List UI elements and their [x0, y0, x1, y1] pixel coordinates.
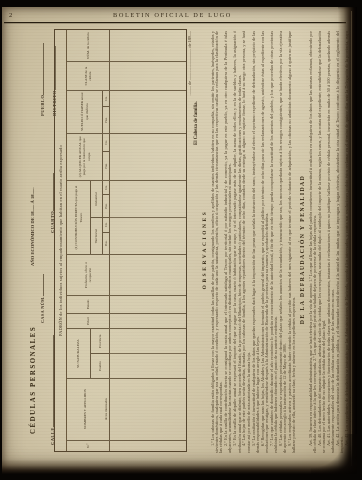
column-subcell: Pueblo — [91, 354, 109, 378]
column-subcell: TerritorialPtas.Cts. — [91, 218, 109, 254]
money-unit-label: Ptas. — [103, 106, 109, 132]
column-header: (2) ALQUILER ANUAL que paga por la habit… — [67, 134, 110, 180]
padron-table: PADRÓN de los individuos sujetos al empa… — [54, 29, 187, 452]
paragraph: 2.ª En la casilla de contribución direct… — [224, 31, 232, 453]
paragraph: Art. 43. Los expedientes de defraudación… — [345, 31, 353, 453]
column-header: SU NATURALEZAPuebloProvincia — [67, 329, 110, 377]
empty-cell — [110, 134, 186, 180]
paragraph: 7.ª Los que cambien de domicilio durante… — [270, 31, 278, 453]
column-header: SUELDO Ó HABER anual que disfrutaPtas.Ct… — [67, 91, 110, 133]
paragraph: 1.ª Los cabezas de familia están obligad… — [211, 31, 223, 453]
table-column: NOMBRES Y APELLIDOSde los interesados — [67, 378, 186, 440]
table-column: Profesión, oficio ú ocupación — [67, 254, 186, 295]
column-body — [110, 441, 186, 451]
column-body — [110, 62, 186, 89]
penalidad-text: Art. 39. Incurren en responsabilidad adm… — [309, 31, 356, 453]
column-body — [110, 314, 186, 329]
paragraph: Art. 40. Los defraudadores del impuesto … — [318, 31, 326, 453]
money-unit-label: Ptas. — [103, 232, 109, 255]
column-body — [110, 91, 186, 133]
column-body — [110, 134, 186, 180]
paragraph: Art. 42. La acción para denunciar la def… — [336, 31, 344, 453]
table-column: SU NATURALEZAPuebloProvincia — [67, 328, 186, 377]
column-body — [110, 30, 186, 61]
signature-label: El Cabeza de familia. — [194, 101, 199, 145]
paragraph: 3.ª En la casilla de alquiler anual se e… — [233, 31, 241, 453]
column-label: SUELDO Ó HABER anual que disfruta — [67, 91, 102, 133]
column-label: Profesión, oficio ú ocupación — [67, 255, 109, 295]
money-unit-label: Cts. — [103, 134, 109, 151]
empty-cell — [110, 255, 186, 295]
paragraph: Art. 41. Las autoridades, corporaciones … — [327, 31, 335, 453]
money-unit-label: Ptas. — [103, 151, 109, 180]
paragraph: 8.ª Las cédulas personales se expenderán… — [279, 31, 287, 453]
column-header: (1) CONTRIBUCIÓN DIRECTA que paga al Tes… — [67, 181, 110, 254]
column-subcell: Provincia — [91, 329, 109, 354]
column-header: Profesión, oficio ú ocupación — [67, 255, 110, 295]
column-label: CLASE de la cédula — [67, 62, 109, 89]
column-label: NOMBRES Y APELLIDOS — [67, 379, 104, 440]
penalidad-heading: DE LA DEFRAUDACIÓN Y PENALIDAD — [300, 27, 306, 472]
column-label: Provincia — [91, 329, 109, 353]
money-unit-label: Cts. — [103, 91, 109, 107]
column-header: Edad — [67, 314, 110, 329]
table-column: (1) CONTRIBUCIÓN DIRECTA que paga al Tes… — [67, 180, 186, 254]
casa-label: CASA NÚM. — [40, 296, 45, 323]
table-columns: N.ºNOMBRES Y APELLIDOSde los interesados… — [67, 30, 186, 451]
table-column: NÚM. de la cédula — [67, 30, 186, 61]
empty-cell — [110, 441, 186, 451]
column-label: Pueblo — [91, 354, 109, 378]
money-unit-label: Cts. — [103, 218, 109, 232]
column-label: Estado — [67, 296, 109, 313]
table-caption: PADRÓN de los individuos sujetos al empa… — [55, 30, 67, 451]
empty-cell — [110, 379, 186, 440]
paragraph: 6.ª Recogidas que sean las hojas, los Al… — [261, 31, 269, 453]
table-column: (2) ALQUILER ANUAL que paga por la habit… — [67, 133, 186, 180]
column-subrow: PuebloProvincia — [90, 329, 109, 377]
empty-cell — [110, 296, 186, 313]
column-body — [110, 379, 186, 440]
money-subheader: Ptas.Cts. — [102, 218, 109, 254]
column-label: (1) CONTRIBUCIÓN DIRECTA que paga al Tes… — [67, 181, 90, 254]
paragraph: 9.ª Los empleados activos y pasivos acre… — [288, 31, 296, 453]
money-subheader: Ptas.Cts. — [102, 134, 109, 180]
column-sublabel: de los interesados — [104, 379, 109, 440]
empty-cell — [110, 354, 186, 378]
table-column: CLASE de la cédula — [67, 61, 186, 89]
column-subrow: TerritorialPtas.Cts.IndustrialPtas.Cts. — [90, 181, 109, 254]
anio-field: AÑO ECONÓMICO DE 18...... Á 18...... — [30, 188, 35, 266]
column-label: (2) ALQUILER ANUAL que paga por la habit… — [67, 134, 102, 180]
column-label: Territorial — [91, 218, 102, 254]
page: 2 BOLETIN OFICIAL DE LUGO CÉDULAS PERSON… — [2, 7, 357, 474]
date-line: ......... de ...........................… — [187, 31, 192, 95]
column-body — [110, 181, 186, 254]
casa-field: CASA NÚM. — [31, 274, 49, 323]
observaciones-heading: OBSERVACIONES — [202, 27, 208, 472]
table-column: Estado — [67, 295, 186, 313]
form-title: CÉDULAS PERSONALES — [30, 326, 37, 434]
masthead-title: BOLETIN OFICIAL DE LUGO — [2, 12, 343, 19]
empty-cell — [110, 181, 186, 218]
column-label: NÚM. de la cédula — [67, 30, 109, 61]
money-unit-label: Cts. — [103, 181, 109, 195]
column-label: Industrial — [91, 181, 102, 217]
column-body — [110, 329, 186, 377]
money-unit-label: Ptas. — [103, 194, 109, 217]
column-header: NOMBRES Y APELLIDOSde los interesados — [67, 379, 110, 440]
masthead-rule — [4, 22, 346, 24]
table-column: N.º — [67, 440, 186, 451]
money-subheader: Ptas.Cts. — [102, 91, 109, 133]
observaciones-text: 1.ª Los cabezas de familia están obligad… — [211, 31, 298, 453]
column-header: CLASE de la cédula — [67, 62, 110, 89]
empty-cell — [110, 218, 186, 254]
empty-cell — [110, 91, 186, 133]
column-header: Estado — [67, 296, 110, 313]
empty-cell — [110, 329, 186, 354]
paragraph: 5.ª La ocultación ó inexactitud de cualq… — [252, 31, 260, 453]
rotated-content: CÉDULAS PERSONALES CALLE CASA NÚM. AÑO E… — [25, 27, 358, 472]
column-header: N.º — [67, 441, 110, 451]
empty-cell — [110, 314, 186, 329]
table-column: Edad — [67, 313, 186, 329]
column-subcell: IndustrialPtas.Cts. — [91, 181, 109, 218]
paragraph: 4.ª Las hojas de este padrón serán devue… — [242, 31, 250, 453]
empty-cell — [110, 30, 186, 61]
column-body — [110, 296, 186, 313]
money-subheader: Ptas.Cts. — [102, 181, 109, 217]
fill-line — [39, 274, 44, 296]
scan-background: { "masthead": { "page_number": "2", "tit… — [0, 0, 362, 480]
masthead: 2 BOLETIN OFICIAL DE LUGO — [2, 7, 357, 25]
empty-cell — [110, 62, 186, 89]
column-label: SU NATURALEZA — [67, 329, 90, 377]
table-column: SUELDO Ó HABER anual que disfrutaPtas.Ct… — [67, 90, 186, 133]
column-header: NÚM. de la cédula — [67, 30, 110, 61]
column-label: Edad — [67, 314, 109, 329]
column-body — [110, 255, 186, 295]
paragraph: Art. 39. Incurren en responsabilidad adm… — [309, 31, 317, 453]
column-label: N.º — [67, 441, 109, 451]
